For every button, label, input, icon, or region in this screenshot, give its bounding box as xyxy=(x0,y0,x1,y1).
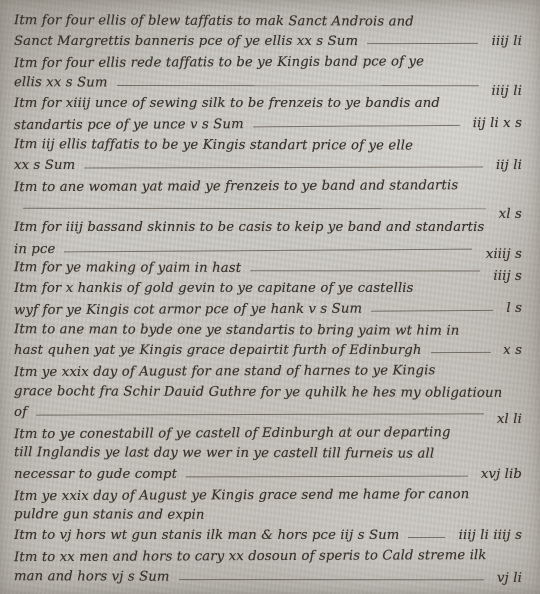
manuscript-line-text: of xyxy=(14,405,27,420)
manuscript-line: Sanct Margrettis banneris pce of ye elli… xyxy=(14,29,522,50)
amount: xl li xyxy=(497,412,522,427)
manuscript-line: man and hors vj s Sumvj li xyxy=(14,563,522,585)
manuscript-line: ofxl li xyxy=(14,399,522,420)
manuscript-line: puldre gun stanis and expin xyxy=(14,501,522,523)
amount: iiij s xyxy=(493,269,522,284)
manuscript-line: Itm for ye making of yaim in hastiiij s xyxy=(14,254,522,276)
ink-rule xyxy=(179,579,484,580)
amount: xvj lib xyxy=(481,467,522,482)
manuscript-body: Itm for four ellis of blew taffatis to m… xyxy=(14,8,522,585)
manuscript-line-text: Sanct Margrettis banneris pce of ye elli… xyxy=(14,34,358,49)
manuscript-line: Itm to ye conestabill of ye castell of E… xyxy=(14,419,522,442)
manuscript-line-text: grace bocht fra Schir Dauid Guthre for y… xyxy=(14,383,502,400)
ink-rule xyxy=(64,248,472,252)
manuscript-line-text: till Inglandis ye last day we wer in ye … xyxy=(14,445,434,461)
manuscript-line: Itm to vj hors wt gun stanis ilk man & h… xyxy=(14,523,522,544)
amount: x s xyxy=(503,343,522,358)
manuscript-line: grace bocht fra Schir Dauid Guthre for y… xyxy=(14,378,522,400)
manuscript-line-text: Itm for ye making of yaim in hast xyxy=(14,260,241,276)
amount: vj li xyxy=(497,570,522,585)
manuscript-line: Itm ye xxix day of August ye Kingis grac… xyxy=(14,481,522,504)
ink-rule xyxy=(36,413,484,415)
manuscript-line: xl s xyxy=(14,192,522,214)
manuscript-line: Itm for four ellis of blew taffatis to m… xyxy=(14,7,522,29)
manuscript-line-text: hast quhen yat ye Kingis grace depairtit… xyxy=(14,343,422,358)
ink-rule xyxy=(117,84,479,85)
manuscript-line-text: Itm for four ellis of blew taffatis to m… xyxy=(14,13,414,29)
manuscript-line-text: Itm for xiiij unce of sewing silk to be … xyxy=(14,96,440,111)
manuscript-page: Itm for four ellis of blew taffatis to m… xyxy=(0,0,540,594)
manuscript-line: Itm to xx men and hors to cary xx dosoun… xyxy=(14,542,522,565)
amount: l s xyxy=(506,301,522,316)
manuscript-line: xx s Sumiij li xyxy=(14,152,522,173)
manuscript-line-text: necessar to gude compt xyxy=(14,467,177,482)
manuscript-line: Itm iij ellis taffatis to be ye Kingis s… xyxy=(14,131,522,153)
manuscript-line: Itm for x hankis of gold gevin to ye cap… xyxy=(14,276,522,297)
manuscript-line: ellis xx s Sumiiij li xyxy=(14,69,522,91)
amount: iij li x s xyxy=(473,115,522,130)
ink-rule xyxy=(250,270,480,271)
manuscript-line: Itm to ane man to byde one ye standartis… xyxy=(14,316,522,338)
amount: iiij li xyxy=(492,83,522,98)
manuscript-line: necessar to gude comptxvj lib xyxy=(14,461,522,482)
ink-rule xyxy=(84,166,483,168)
amount: xl s xyxy=(499,207,522,222)
manuscript-line-text: Itm ye xxix day of August for ane stand … xyxy=(14,363,435,380)
amount: iij li xyxy=(496,158,522,173)
manuscript-line: Itm to ane woman yat maid ye frenzeis to… xyxy=(14,172,522,195)
manuscript-line-text: ellis xx s Sum xyxy=(14,74,108,89)
manuscript-line-text: Itm for x hankis of gold gevin to ye cap… xyxy=(14,281,414,296)
manuscript-line: in pcexiiij s xyxy=(14,233,522,256)
manuscript-line: till Inglandis ye last day we wer in ye … xyxy=(14,440,522,462)
manuscript-line: Itm for four ellis rede taffatis to be y… xyxy=(14,48,522,71)
manuscript-line: hast quhen yat ye Kingis grace depairtit… xyxy=(14,338,522,359)
ink-rule xyxy=(431,352,491,353)
manuscript-line: Itm for iiij bassand skinnis to be casis… xyxy=(14,214,522,235)
manuscript-line: Itm for xiiij unce of sewing silk to be … xyxy=(14,90,522,111)
ink-rule xyxy=(253,124,460,126)
manuscript-line: standartis pce of ye unce v s Sumiij li … xyxy=(14,110,522,133)
manuscript-line-text: Itm to vj hors wt gun stanis ilk man & h… xyxy=(14,528,399,543)
manuscript-line-text: puldre gun stanis and expin xyxy=(14,507,205,523)
ink-rule xyxy=(367,43,478,44)
ink-rule xyxy=(186,475,468,477)
manuscript-line-text: Itm iij ellis taffatis to be ye Kingis s… xyxy=(14,136,413,152)
ink-rule xyxy=(23,208,486,209)
ink-rule xyxy=(371,310,493,312)
manuscript-line: wyf for ye Kingis cot armor pce of ye ha… xyxy=(14,295,522,318)
manuscript-line-text: man and hors vj s Sum xyxy=(14,569,170,585)
ink-rule xyxy=(408,537,445,538)
manuscript-line-text: Itm for iiij bassand skinnis to be casis… xyxy=(14,220,484,235)
manuscript-line-text: xx s Sum xyxy=(14,158,75,173)
manuscript-line-text: Itm to ane man to byde one ye standartis… xyxy=(14,322,459,339)
manuscript-line: Itm ye xxix day of August for ane stand … xyxy=(14,357,522,380)
